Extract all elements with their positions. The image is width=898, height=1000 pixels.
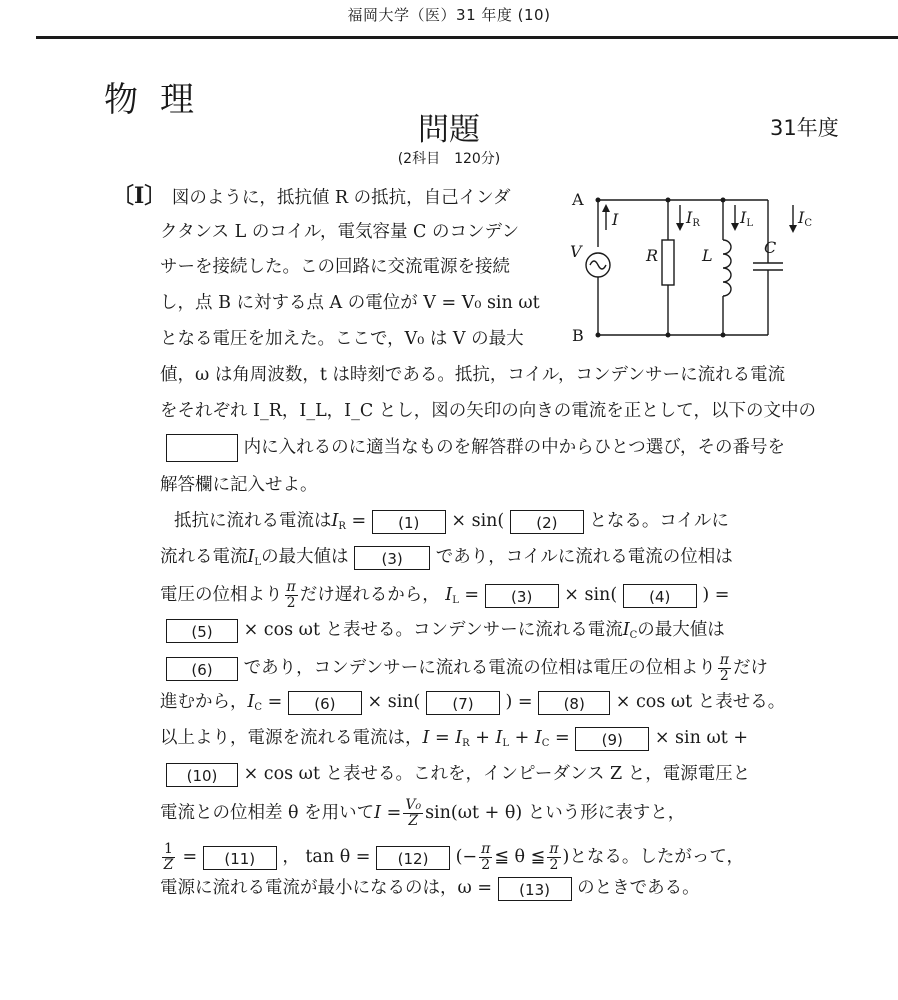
body-line-7: 以上より，電源を流れる電流は，I = IR + IL + IC = (9) × … [160,725,748,751]
question-line-7: をそれぞれ I_R，I_L，I_C とし，図の矢印の向きの電流を正として，以下の… [160,398,816,424]
question-line-8: 内に入れるのに適当なものを解答群の中からひとつ選び，その番号を [166,434,785,460]
exam-meta: (2科目 120分) [0,148,898,168]
blank-6[interactable]: (6) [166,657,238,681]
svg-text:IC: IC [797,208,812,229]
body-line-2: 流れる電流ILの最大値は (3) であり，コイルに流れる電流の位相は [160,544,733,570]
question-line-3: サーを接続した。この回路に交流電源を接続 [160,254,510,280]
resistor-icon [662,240,674,285]
body-line-4: (5) × cos ωt と表せる。コンデンサーに流れる電流ICの最大値は [166,617,725,643]
blank-5[interactable]: (5) [166,619,238,643]
blank-2[interactable]: (2) [510,510,584,534]
blank-11[interactable]: (11) [203,846,277,870]
inductor-icon [723,240,731,296]
page-title: 問題 [0,104,898,149]
blank-3[interactable]: (3) [354,546,430,570]
question-line-5: となる電圧を加えた。ここで，V₀ は V の最大 [160,326,524,352]
running-header: 福岡大学（医）31 年度 (10) [0,4,898,25]
question-number: 〔Ⅰ〕 [112,183,166,209]
svg-text:I: I [611,210,619,229]
svg-text:L: L [701,246,713,265]
svg-text:V: V [570,242,583,261]
svg-text:R: R [645,246,658,265]
circuit-diagram: A B I V IR IL IC R L C [568,185,838,350]
blank-1[interactable]: (1) [372,510,446,534]
blank-4[interactable]: (4) [623,584,697,608]
blank-9[interactable]: (9) [575,727,649,751]
body-line-3: 電圧の位相よりπ2だけ遅れるから， IL = (3) × sin( (4) ) … [160,580,729,606]
body-line-6: 進むから，IC = (6) × sin( (7) ) = (8) × cos ω… [160,689,785,715]
body-line-1: 抵抗に流れる電流はIR = (1) × sin( (2) となる。コイルに [174,508,729,534]
body-line-9: 電流との位相差 θ を用いてI =V₀Zsin(ωt + θ) という形に表すと… [160,798,685,824]
blank-7[interactable]: (7) [426,691,500,715]
body-line-5: (6) であり，コンデンサーに流れる電流の位相は電圧の位相よりπ2だけ [166,653,768,679]
svg-text:A: A [571,190,584,209]
svg-text:C: C [764,238,776,257]
blank-8[interactable]: (8) [538,691,610,715]
blank-13[interactable]: (13) [498,877,572,901]
body-line-10: 1Z = (11) ， tan θ = (12) (−π2≦ θ ≦π2)となる… [160,842,744,868]
body-line-11: 電源に流れる電流が最小になるのは，ω = (13) のときである。 [160,875,700,901]
svg-text:IR: IR [685,208,700,229]
blank-6-repeat[interactable]: (6) [288,691,362,715]
svg-text:B: B [572,326,584,345]
blank-10[interactable]: (10) [166,763,238,787]
question-line-1: 〔Ⅰ〕 図のように，抵抗値 R の抵抗，自己インダ [112,183,510,209]
header-rule [36,36,898,39]
svg-text:IL: IL [739,208,753,229]
blank-12[interactable]: (12) [376,846,450,870]
question-line-6: 値，ω は角周波数，t は時刻である。抵抗，コイル，コンデンサーに流れる電流 [160,362,785,388]
body-line-8: (10) × cos ωt と表せる。これを，インピーダンス Z と，電源電圧と [166,761,750,787]
blank-example-box [166,434,238,462]
blank-3-repeat[interactable]: (3) [485,584,559,608]
question-line-9: 解答欄に記入せよ。 [160,472,318,498]
exam-year: 31年度 [770,112,839,142]
question-line-4: し，点 B に対する点 A の電位が V = V₀ sin ωt [160,290,540,316]
question-line-2: クタンス L のコイル，電気容量 C のコンデン [160,219,519,245]
